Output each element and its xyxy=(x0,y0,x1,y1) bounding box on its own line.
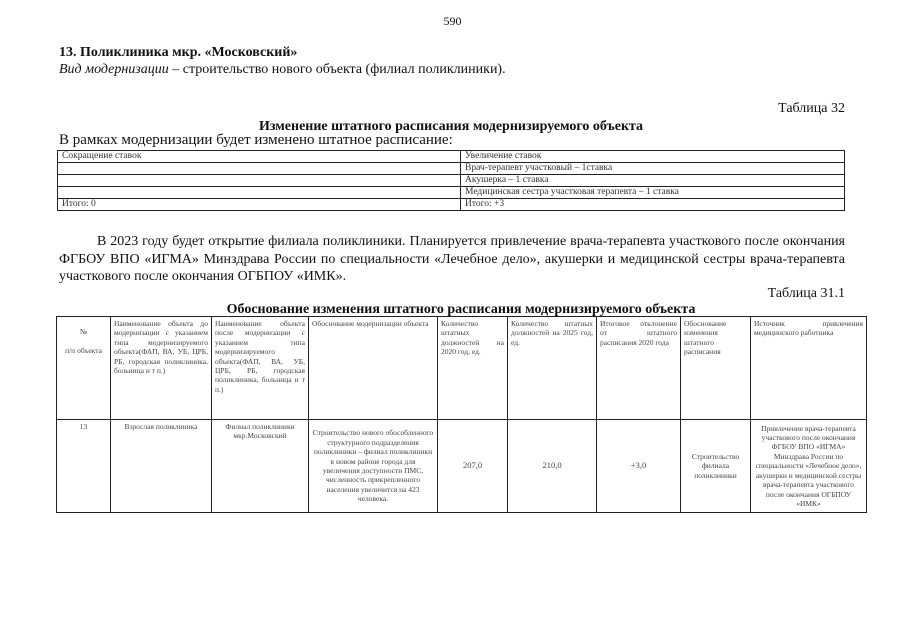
column-header: Источник привлечения медицинского работн… xyxy=(751,317,867,420)
column-header: Наименование объекта после модернизации … xyxy=(212,317,309,420)
increase-cell: Увеличение ставок xyxy=(461,151,845,163)
column-header: Наименование объекта до модернизации с у… xyxy=(111,317,212,420)
table-31-1-label: Таблица 31.1 xyxy=(600,286,845,302)
table-row: 13Взрослая поликлиникаФилиал поликлиники… xyxy=(57,420,867,513)
column-header: Количество штатных должностей на 2025 го… xyxy=(508,317,597,420)
reduction-cell: Сокращение ставок xyxy=(58,151,461,163)
table-cell: Взрослая поликлиника xyxy=(111,420,212,513)
staffing-change-table: Сокращение ставокУвеличение ставокВрач-т… xyxy=(57,150,845,211)
column-header: Количество штатных должностей на 2020 го… xyxy=(438,317,508,420)
table-row: Акушерка – 1 ставка xyxy=(58,175,845,187)
increase-cell: Акушерка – 1 ставка xyxy=(461,175,845,187)
table-cell: 210,0 xyxy=(508,420,597,513)
table-row: Врач-терапевт участковый – 1ставка xyxy=(58,163,845,175)
modernization-type-value: – строительство нового объекта (филиал п… xyxy=(169,62,506,77)
modernization-type-label: Вид модернизации xyxy=(59,62,169,77)
column-header: Обоснование модернизации объекта xyxy=(309,317,438,420)
table-cell: 13 xyxy=(57,420,111,513)
increase-cell: Медицинская сестра участковая терапевта … xyxy=(461,187,845,199)
table-row: Медицинская сестра участковая терапевта … xyxy=(58,187,845,199)
reduction-cell: Итого: 0 xyxy=(58,199,461,211)
reduction-cell xyxy=(58,187,461,199)
section-subtitle: Вид модернизации – строительство нового … xyxy=(59,62,506,78)
column-header: Обоснование изменения штатного расписани… xyxy=(681,317,751,420)
table-cell: Строительство филиала поликлиники xyxy=(681,420,751,513)
table-cell: Привлечение врача-терапевта участкового … xyxy=(751,420,867,513)
table-cell: 207,0 xyxy=(438,420,508,513)
page-number: 590 xyxy=(0,14,905,29)
increase-cell: Врач-терапевт участковый – 1ставка xyxy=(461,163,845,175)
staffing-justification-table: № п/п объектаНаименование объекта до мод… xyxy=(56,316,867,513)
table-cell: +3,0 xyxy=(597,420,681,513)
table-cell: Строительство нового обособленного струк… xyxy=(309,420,438,513)
table-row: Итого: 0Итого: +3 xyxy=(58,199,845,211)
table-32-intro: В рамках модернизации будет изменено шта… xyxy=(59,132,453,149)
paragraph-text: В 2023 году будет открытие филиала полик… xyxy=(59,234,845,284)
header-row: № п/п объектаНаименование объекта до мод… xyxy=(57,317,867,420)
column-header: № п/п объекта xyxy=(57,317,111,420)
table-cell: Филиал поликлиники мкр.Московский xyxy=(212,420,309,513)
increase-cell: Итого: +3 xyxy=(461,199,845,211)
column-header: Итоговое отклонение от штатного расписан… xyxy=(597,317,681,420)
reduction-cell xyxy=(58,175,461,187)
reduction-cell xyxy=(58,163,461,175)
section-title: 13. Поликлиника мкр. «Московский» xyxy=(59,45,297,61)
body-paragraph: В 2023 году будет открытие филиала полик… xyxy=(59,233,845,286)
table-row: Сокращение ставокУвеличение ставок xyxy=(58,151,845,163)
table-32-label: Таблица 32 xyxy=(600,101,845,117)
